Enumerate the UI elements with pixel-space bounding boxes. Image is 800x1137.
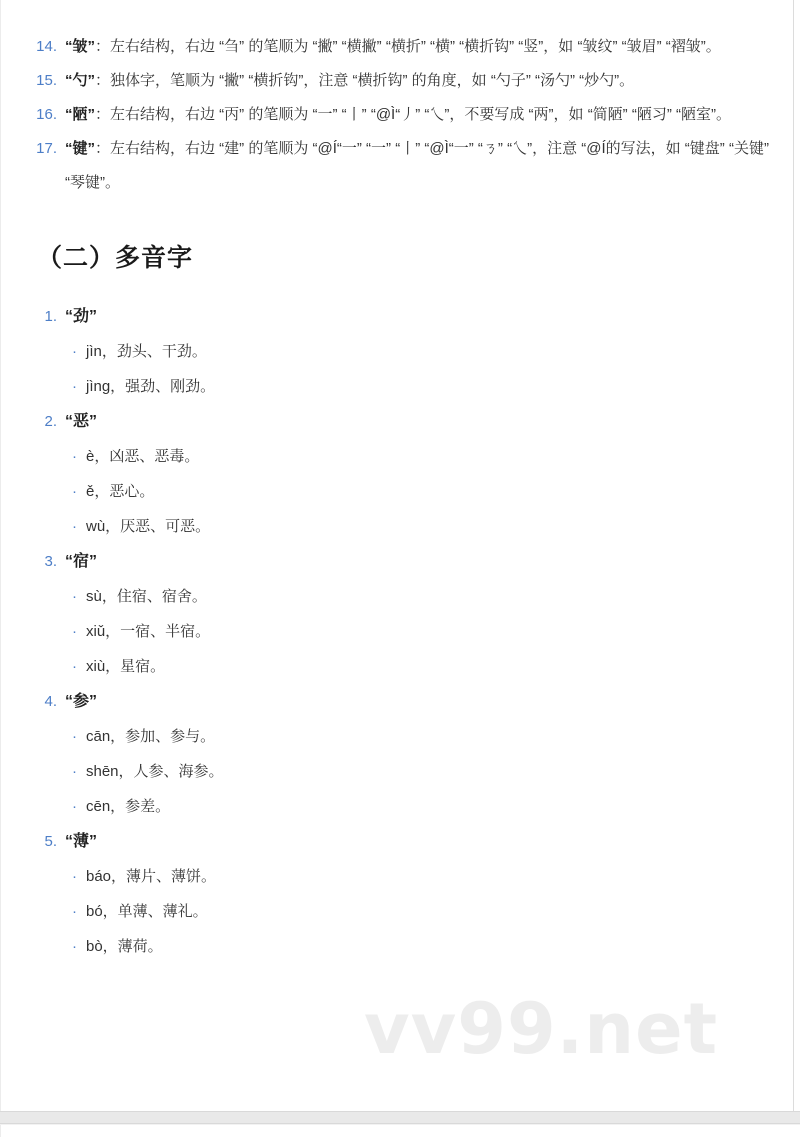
character-term: “恶” (65, 405, 786, 439)
pdf-page: 14. “皱”：左右结构，右边 “刍” 的笔顺为 “撇” “横撇” “横折” “… (0, 0, 800, 1111)
stroke-item-content: “陋”：左右结构，右边 “丙” 的笔顺为 “一” “丨” “@Ì“丿” “乀”，… (65, 98, 786, 132)
bullet-icon: · (72, 789, 77, 824)
pdf-page-next (0, 1125, 800, 1137)
list-number: 2. (31, 405, 57, 439)
reading-text: xiù，星宿。 (86, 649, 165, 684)
bullet-icon: · (72, 649, 77, 684)
page-separator (0, 1111, 800, 1124)
list-number: 15. (31, 64, 57, 98)
polyphone-item-3: 3. “宿” · sù，住宿、宿舍。 · xiǔ，一宿、半宿。 · xiù，星宿… (31, 545, 786, 684)
polyphone-item-1: 1. “劲” · jìn，劲头、干劲。 · jìng，强劲、刚劲。 (31, 300, 786, 404)
stroke-description: ：左右结构，右边 “刍” 的笔顺为 “撇” “横撇” “横折” “横” “横折钩… (95, 38, 721, 55)
bullet-icon: · (72, 334, 77, 369)
reading-line: · xiǔ，一宿、半宿。 (65, 614, 786, 649)
bullet-icon: · (72, 579, 77, 614)
list-number: 16. (31, 98, 57, 132)
reading-text: shēn，人参、海参。 (86, 754, 224, 789)
character-term: “勺” (65, 72, 95, 89)
reading-line: · cēn，参差。 (65, 789, 786, 824)
reading-line: · cān，参加、参与。 (65, 719, 786, 754)
reading-line: · xiù，星宿。 (65, 649, 786, 684)
bullet-icon: · (72, 474, 77, 509)
character-term: “薄” (65, 825, 786, 859)
reading-line: · è，凶恶、恶毒。 (65, 439, 786, 474)
bullet-icon: · (72, 754, 77, 789)
reading-line: · bó，单薄、薄礼。 (65, 894, 786, 929)
polyphone-content: “薄” · báo，薄片、薄饼。 · bó，单薄、薄礼。 · bò，薄荷。 (65, 825, 786, 964)
stroke-item-content: “键”：左右结构，右边 “建” 的笔顺为 “@Í“一” “一” “丨” “@Ì“… (65, 132, 786, 200)
character-term: “宿” (65, 545, 786, 579)
reading-line: · jìng，强劲、刚劲。 (65, 369, 786, 404)
reading-text: bò，薄荷。 (86, 929, 163, 964)
polyphone-item-5: 5. “薄” · báo，薄片、薄饼。 · bó，单薄、薄礼。 · bò，薄荷。 (31, 825, 786, 964)
reading-text: è，凶恶、恶毒。 (86, 439, 199, 474)
bullet-icon: · (72, 859, 77, 894)
document-viewer: 14. “皱”：左右结构，右边 “刍” 的笔顺为 “撇” “横撇” “横折” “… (0, 0, 800, 1137)
stroke-item-16: 16. “陋”：左右结构，右边 “丙” 的笔顺为 “一” “丨” “@Ì“丿” … (31, 98, 786, 132)
list-number: 4. (31, 685, 57, 719)
bullet-icon: · (72, 369, 77, 404)
list-number: 5. (31, 825, 57, 859)
reading-text: ě，恶心。 (86, 474, 154, 509)
bullet-icon: · (72, 719, 77, 754)
polyphone-content: “宿” · sù，住宿、宿舍。 · xiǔ，一宿、半宿。 · xiù，星宿。 (65, 545, 786, 684)
list-number: 17. (31, 132, 57, 166)
character-term: “参” (65, 685, 786, 719)
stroke-item-15: 15. “勺”：独体字，笔顺为 “撇” “横折钩”，注意 “横折钩” 的角度，如… (31, 64, 786, 98)
reading-text: bó，单薄、薄礼。 (86, 894, 208, 929)
reading-line: · sù，住宿、宿舍。 (65, 579, 786, 614)
reading-line: · ě，恶心。 (65, 474, 786, 509)
character-term: “劲” (65, 300, 786, 334)
polyphone-item-2: 2. “恶” · è，凶恶、恶毒。 · ě，恶心。 · wù，厌恶、可恶。 (31, 405, 786, 544)
watermark: vv99.net (364, 988, 718, 1070)
section-heading: （二）多音字 (37, 238, 786, 274)
reading-line: · jìn，劲头、干劲。 (65, 334, 786, 369)
reading-line: · shēn，人参、海参。 (65, 754, 786, 789)
bullet-icon: · (72, 439, 77, 474)
reading-text: báo，薄片、薄饼。 (86, 859, 216, 894)
list-number: 1. (31, 300, 57, 334)
bullet-icon: · (72, 614, 77, 649)
page-right-edge (793, 0, 794, 1111)
stroke-item-content: “皱”：左右结构，右边 “刍” 的笔顺为 “撇” “横撇” “横折” “横” “… (65, 30, 786, 64)
stroke-item-content: “勺”：独体字，笔顺为 “撇” “横折钩”，注意 “横折钩” 的角度，如 “勺子… (65, 64, 786, 98)
character-term: “键” (65, 140, 95, 157)
polyphone-content: “劲” · jìn，劲头、干劲。 · jìng，强劲、刚劲。 (65, 300, 786, 404)
reading-text: jìng，强劲、刚劲。 (86, 369, 215, 404)
character-term: “皱” (65, 38, 95, 55)
polyphone-content: “参” · cān，参加、参与。 · shēn，人参、海参。 · cēn，参差。 (65, 685, 786, 824)
character-term: “陋” (65, 106, 95, 123)
reading-text: sù，住宿、宿舍。 (86, 579, 207, 614)
reading-line: · wù，厌恶、可恶。 (65, 509, 786, 544)
reading-line: · báo，薄片、薄饼。 (65, 859, 786, 894)
reading-text: cān，参加、参与。 (86, 719, 215, 754)
reading-line: · bò，薄荷。 (65, 929, 786, 964)
bullet-icon: · (72, 929, 77, 964)
bullet-icon: · (72, 509, 77, 544)
reading-text: xiǔ，一宿、半宿。 (86, 614, 210, 649)
polyphone-item-4: 4. “参” · cān，参加、参与。 · shēn，人参、海参。 · cēn，… (31, 685, 786, 824)
reading-text: jìn，劲头、干劲。 (86, 334, 207, 369)
bullet-icon: · (72, 894, 77, 929)
reading-text: wù，厌恶、可恶。 (86, 509, 210, 544)
stroke-description: ：左右结构，右边 “建” 的笔顺为 “@Í“一” “一” “丨” “@Ì“一” … (65, 140, 769, 191)
list-number: 14. (31, 30, 57, 64)
stroke-description: ：左右结构，右边 “丙” 的笔顺为 “一” “丨” “@Ì“丿” “乀”，不要写… (95, 106, 731, 123)
reading-text: cēn，参差。 (86, 789, 170, 824)
stroke-item-17: 17. “键”：左右结构，右边 “建” 的笔顺为 “@Í“一” “一” “丨” … (31, 132, 786, 200)
list-number: 3. (31, 545, 57, 579)
polyphone-content: “恶” · è，凶恶、恶毒。 · ě，恶心。 · wù，厌恶、可恶。 (65, 405, 786, 544)
stroke-description: ：独体字，笔顺为 “撇” “横折钩”，注意 “横折钩” 的角度，如 “勺子” “… (95, 72, 634, 89)
stroke-item-14: 14. “皱”：左右结构，右边 “刍” 的笔顺为 “撇” “横撇” “横折” “… (31, 30, 786, 64)
